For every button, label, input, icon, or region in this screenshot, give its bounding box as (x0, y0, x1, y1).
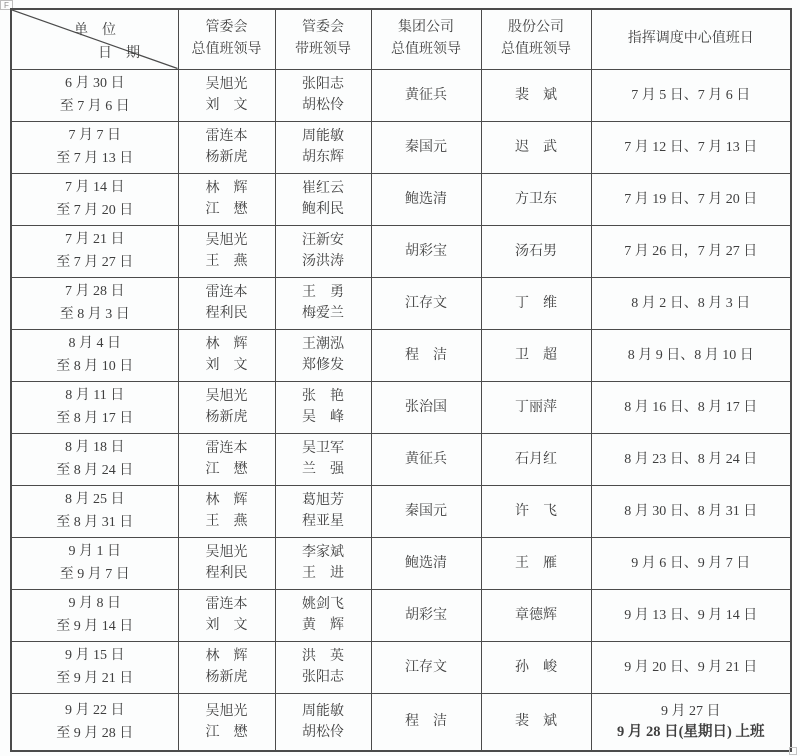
table-row: 9 月 22 日至 9 月 28 日吴旭光江 懋周能敏胡松伶程 洁裴 斌9 月 … (11, 693, 791, 751)
table-row: 7 月 7 日至 7 月 13 日雷连本杨新虎周能敏胡东辉秦国元迟 武7 月 1… (11, 121, 791, 173)
cell-line: 林 辉 (179, 490, 275, 511)
cell-line: 姚剑飞 (276, 594, 371, 615)
cell-line: 刘 文 (179, 615, 275, 636)
header-line: 集团公司 (372, 17, 481, 39)
cell-line: 方卫东 (482, 189, 591, 210)
cell-line: 7 月 12 日、7 月 13 日 (592, 137, 791, 158)
page: F 单 位 日 期 管委会 总值班领导 管委会 (0, 0, 800, 756)
cell-dispatch-days: 8 月 16 日、8 月 17 日 (591, 381, 791, 433)
header-line: 管委会 (276, 17, 371, 39)
cell-gwh-general-leaders: 林 辉江 懋 (178, 173, 275, 225)
cell-line: 至 7 月 13 日 (12, 147, 178, 170)
cell-line: 8 月 23 日、8 月 24 日 (592, 449, 791, 470)
cell-line: 秦国元 (372, 137, 481, 158)
cell-line: 至 8 月 10 日 (12, 355, 178, 378)
cell-line: 9 月 20 日、9 月 21 日 (592, 657, 791, 678)
cell-line: 8 月 16 日、8 月 17 日 (592, 397, 791, 418)
cell-dates: 8 月 18 日至 8 月 24 日 (11, 433, 178, 485)
cell-line: 郑修发 (276, 355, 371, 376)
table-row: 8 月 18 日至 8 月 24 日雷连本江 懋吴卫军兰 强黄征兵石月红8 月 … (11, 433, 791, 485)
header-gwh-duty-leader: 管委会 带班领导 (275, 9, 371, 69)
cell-line: 张阳志 (276, 667, 371, 688)
cell-line: 江存文 (372, 657, 481, 678)
cell-group-general-leader: 江存文 (371, 277, 481, 329)
cell-line: 吴旭光 (179, 74, 275, 95)
cell-line: 崔红云 (276, 178, 371, 199)
cell-gwh-duty-leaders: 周能敏胡松伶 (275, 693, 371, 751)
cell-stock-general-leader: 迟 武 (481, 121, 591, 173)
cell-group-general-leader: 张治国 (371, 381, 481, 433)
cell-line: 裴 斌 (482, 711, 591, 732)
cell-group-general-leader: 黄征兵 (371, 433, 481, 485)
cell-gwh-general-leaders: 吴旭光程利民 (178, 537, 275, 589)
cell-dates: 9 月 22 日至 9 月 28 日 (11, 693, 178, 751)
table-row: 7 月 21 日至 7 月 27 日吴旭光王 燕汪新安汤洪涛胡彩宝汤石男7 月 … (11, 225, 791, 277)
cell-gwh-general-leaders: 雷连本刘 文 (178, 589, 275, 641)
table-row: 7 月 14 日至 7 月 20 日林 辉江 懋崔红云鲍利民鲍选清方卫东7 月 … (11, 173, 791, 225)
cell-line: 卫 超 (482, 345, 591, 366)
schedule-rows: 6 月 30 日至 7 月 6 日吴旭光刘 文张阳志胡松伶黄征兵裴 斌7 月 5… (11, 69, 791, 751)
cell-dates: 6 月 30 日至 7 月 6 日 (11, 69, 178, 121)
cell-gwh-general-leaders: 吴旭光刘 文 (178, 69, 275, 121)
cell-line: 王 勇 (276, 282, 371, 303)
cell-gwh-general-leaders: 林 辉刘 文 (178, 329, 275, 381)
cell-group-general-leader: 程 洁 (371, 693, 481, 751)
cell-dates: 7 月 14 日至 7 月 20 日 (11, 173, 178, 225)
cell-stock-general-leader: 王 雁 (481, 537, 591, 589)
cell-gwh-duty-leaders: 张 艳吴 峰 (275, 381, 371, 433)
cell-line: 7 月 28 日 (12, 280, 178, 303)
table-row: 8 月 25 日至 8 月 31 日林 辉王 燕葛旭芳程亚星秦国元许 飞8 月 … (11, 485, 791, 537)
cell-stock-general-leader: 卫 超 (481, 329, 591, 381)
cell-line: 吴旭光 (179, 230, 275, 251)
cell-line: 7 月 14 日 (12, 176, 178, 199)
cell-line: 吴 峰 (276, 407, 371, 428)
cell-line: 9 月 28 日(星期日) 上班 (592, 722, 791, 743)
cell-line: 王 进 (276, 563, 371, 584)
header-stock-general-leader: 股份公司 总值班领导 (481, 9, 591, 69)
cell-dispatch-days: 9 月 13 日、9 月 14 日 (591, 589, 791, 641)
table-row: 9 月 8 日至 9 月 14 日雷连本刘 文姚剑飞黄 辉胡彩宝章德辉9 月 1… (11, 589, 791, 641)
cell-line: 胡彩宝 (372, 241, 481, 262)
cell-line: 李家斌 (276, 542, 371, 563)
cell-line: 8 月 30 日、8 月 31 日 (592, 501, 791, 522)
cell-line: 胡松伶 (276, 722, 371, 743)
cell-line: 葛旭芳 (276, 490, 371, 511)
cell-gwh-general-leaders: 雷连本江 懋 (178, 433, 275, 485)
table-row: 8 月 4 日至 8 月 10 日林 辉刘 文王潮泓郑修发程 洁卫 超8 月 9… (11, 329, 791, 381)
cell-stock-general-leader: 许 飞 (481, 485, 591, 537)
cell-line: 7 月 21 日 (12, 228, 178, 251)
table-row: 6 月 30 日至 7 月 6 日吴旭光刘 文张阳志胡松伶黄征兵裴 斌7 月 5… (11, 69, 791, 121)
cell-line: 吴旭光 (179, 701, 275, 722)
cell-line: 7 月 7 日 (12, 124, 178, 147)
cell-dispatch-days: 7 月 12 日、7 月 13 日 (591, 121, 791, 173)
table-row: 9 月 15 日至 9 月 21 日林 辉杨新虎洪 英张阳志江存文孙 峻9 月 … (11, 641, 791, 693)
header-line: 管委会 (179, 17, 275, 39)
cell-line: 杨新虎 (179, 407, 275, 428)
header-line: 带班领导 (276, 39, 371, 61)
cell-line: 雷连本 (179, 126, 275, 147)
cell-line: 裴 斌 (482, 85, 591, 106)
cell-line: 林 辉 (179, 178, 275, 199)
cell-dates: 9 月 1 日至 9 月 7 日 (11, 537, 178, 589)
cell-line: 8 月 2 日、8 月 3 日 (592, 293, 791, 314)
header-line: 总值班领导 (482, 39, 591, 61)
cell-line: 至 8 月 24 日 (12, 459, 178, 482)
bookmark-marker-bottom-right (789, 747, 797, 755)
cell-line: 吴旭光 (179, 542, 275, 563)
cell-line: 至 9 月 7 日 (12, 563, 178, 586)
cell-gwh-general-leaders: 雷连本杨新虎 (178, 121, 275, 173)
cell-line: 张治国 (372, 397, 481, 418)
cell-line: 杨新虎 (179, 667, 275, 688)
cell-line: 程 洁 (372, 711, 481, 732)
cell-line: 鲍选清 (372, 189, 481, 210)
cell-dates: 9 月 15 日至 9 月 21 日 (11, 641, 178, 693)
cell-dispatch-days: 8 月 30 日、8 月 31 日 (591, 485, 791, 537)
cell-line: 张 艳 (276, 386, 371, 407)
cell-line: 9 月 1 日 (12, 540, 178, 563)
cell-line: 程利民 (179, 303, 275, 324)
cell-line: 章德辉 (482, 605, 591, 626)
cell-gwh-duty-leaders: 葛旭芳程亚星 (275, 485, 371, 537)
header-line: 指挥调度中心值班日 (592, 28, 791, 50)
cell-line: 吴旭光 (179, 386, 275, 407)
table-row: 7 月 28 日至 8 月 3 日雷连本程利民王 勇梅爱兰江存文丁 维8 月 2… (11, 277, 791, 329)
cell-gwh-general-leaders: 吴旭光王 燕 (178, 225, 275, 277)
cell-line: 江 懋 (179, 722, 275, 743)
cell-gwh-duty-leaders: 洪 英张阳志 (275, 641, 371, 693)
cell-line: 7 月 19 日、7 月 20 日 (592, 189, 791, 210)
cell-gwh-duty-leaders: 李家斌王 进 (275, 537, 371, 589)
cell-line: 7 月 26 日，7 月 27 日 (592, 241, 791, 262)
cell-line: 至 9 月 28 日 (12, 722, 178, 745)
cell-line: 江存文 (372, 293, 481, 314)
cell-line: 周能敏 (276, 126, 371, 147)
cell-line: 丁 维 (482, 293, 591, 314)
cell-line: 兰 强 (276, 459, 371, 480)
cell-stock-general-leader: 裴 斌 (481, 693, 591, 751)
cell-line: 王 燕 (179, 511, 275, 532)
cell-line: 至 9 月 21 日 (12, 667, 178, 690)
cell-line: 鲍选清 (372, 553, 481, 574)
cell-line: 梅爱兰 (276, 303, 371, 324)
cell-line: 石月红 (482, 449, 591, 470)
cell-line: 林 辉 (179, 334, 275, 355)
cell-group-general-leader: 秦国元 (371, 121, 481, 173)
cell-stock-general-leader: 孙 峻 (481, 641, 591, 693)
cell-stock-general-leader: 汤石男 (481, 225, 591, 277)
cell-group-general-leader: 秦国元 (371, 485, 481, 537)
cell-dispatch-days: 8 月 9 日、8 月 10 日 (591, 329, 791, 381)
table-row: 8 月 11 日至 8 月 17 日吴旭光杨新虎张 艳吴 峰张治国丁丽萍8 月 … (11, 381, 791, 433)
table-row: 9 月 1 日至 9 月 7 日吴旭光程利民李家斌王 进鲍选清王 雁9 月 6 … (11, 537, 791, 589)
cell-gwh-duty-leaders: 姚剑飞黄 辉 (275, 589, 371, 641)
cell-line: 雷连本 (179, 594, 275, 615)
corner-date-label: 日 期 (98, 42, 140, 62)
cell-stock-general-leader: 石月红 (481, 433, 591, 485)
header-gwh-general-leader: 管委会 总值班领导 (178, 9, 275, 69)
cell-line: 程亚星 (276, 511, 371, 532)
cell-gwh-general-leaders: 林 辉杨新虎 (178, 641, 275, 693)
cell-gwh-duty-leaders: 王 勇梅爱兰 (275, 277, 371, 329)
header-line: 总值班领导 (372, 39, 481, 61)
cell-line: 迟 武 (482, 137, 591, 158)
cell-dispatch-days: 7 月 26 日，7 月 27 日 (591, 225, 791, 277)
cell-line: 刘 文 (179, 355, 275, 376)
header-dispatch-center-duty-day: 指挥调度中心值班日 (591, 9, 791, 69)
cell-dates: 8 月 11 日至 8 月 17 日 (11, 381, 178, 433)
cell-group-general-leader: 黄征兵 (371, 69, 481, 121)
cell-line: 汤洪涛 (276, 251, 371, 272)
cell-gwh-duty-leaders: 崔红云鲍利民 (275, 173, 371, 225)
cell-line: 9 月 6 日、9 月 7 日 (592, 553, 791, 574)
duty-schedule-table: 单 位 日 期 管委会 总值班领导 管委会 带班领导 集团公司 总值班领导 股份… (10, 8, 792, 752)
cell-line: 胡东辉 (276, 147, 371, 168)
cell-gwh-duty-leaders: 张阳志胡松伶 (275, 69, 371, 121)
header-line: 股份公司 (482, 17, 591, 39)
cell-line: 江 懋 (179, 199, 275, 220)
cell-line: 林 辉 (179, 646, 275, 667)
cell-line: 至 8 月 31 日 (12, 511, 178, 534)
cell-gwh-duty-leaders: 汪新安汤洪涛 (275, 225, 371, 277)
cell-dispatch-days: 9 月 20 日、9 月 21 日 (591, 641, 791, 693)
header-line: 总值班领导 (179, 39, 275, 61)
cell-line: 9 月 15 日 (12, 644, 178, 667)
cell-group-general-leader: 鲍选清 (371, 173, 481, 225)
cell-line: 程 洁 (372, 345, 481, 366)
cell-line: 黄 辉 (276, 615, 371, 636)
cell-line: 至 7 月 6 日 (12, 95, 178, 118)
cell-stock-general-leader: 丁 维 (481, 277, 591, 329)
cell-group-general-leader: 江存文 (371, 641, 481, 693)
cell-group-general-leader: 鲍选清 (371, 537, 481, 589)
cell-gwh-general-leaders: 林 辉王 燕 (178, 485, 275, 537)
cell-line: 9 月 13 日、9 月 14 日 (592, 605, 791, 626)
cell-group-general-leader: 程 洁 (371, 329, 481, 381)
cell-line: 鲍利民 (276, 199, 371, 220)
cell-line: 至 8 月 17 日 (12, 407, 178, 430)
cell-line: 至 9 月 14 日 (12, 615, 178, 638)
cell-line: 雷连本 (179, 438, 275, 459)
cell-line: 孙 峻 (482, 657, 591, 678)
cell-group-general-leader: 胡彩宝 (371, 225, 481, 277)
cell-line: 黄征兵 (372, 449, 481, 470)
cell-line: 至 7 月 27 日 (12, 251, 178, 274)
cell-stock-general-leader: 裴 斌 (481, 69, 591, 121)
cell-line: 9 月 22 日 (12, 699, 178, 722)
cell-line: 7 月 5 日、7 月 6 日 (592, 85, 791, 106)
cell-line: 周能敏 (276, 701, 371, 722)
cell-line: 洪 英 (276, 646, 371, 667)
cell-line: 张阳志 (276, 74, 371, 95)
cell-dispatch-days: 9 月 27 日9 月 28 日(星期日) 上班 (591, 693, 791, 751)
cell-gwh-duty-leaders: 周能敏胡东辉 (275, 121, 371, 173)
cell-line: 6 月 30 日 (12, 72, 178, 95)
cell-dates: 9 月 8 日至 9 月 14 日 (11, 589, 178, 641)
cell-line: 王 燕 (179, 251, 275, 272)
corner-header-cell: 单 位 日 期 (11, 9, 178, 69)
cell-dispatch-days: 8 月 23 日、8 月 24 日 (591, 433, 791, 485)
cell-line: 秦国元 (372, 501, 481, 522)
cell-line: 汤石男 (482, 241, 591, 262)
cell-dates: 7 月 28 日至 8 月 3 日 (11, 277, 178, 329)
cell-stock-general-leader: 章德辉 (481, 589, 591, 641)
cell-line: 8 月 25 日 (12, 488, 178, 511)
cell-dispatch-days: 7 月 19 日、7 月 20 日 (591, 173, 791, 225)
cell-line: 杨新虎 (179, 147, 275, 168)
cell-line: 丁丽萍 (482, 397, 591, 418)
cell-line: 江 懋 (179, 459, 275, 480)
cell-line: 王潮泓 (276, 334, 371, 355)
header-group-general-leader: 集团公司 总值班领导 (371, 9, 481, 69)
cell-line: 8 月 11 日 (12, 384, 178, 407)
cell-line: 8 月 4 日 (12, 332, 178, 355)
cell-dispatch-days: 8 月 2 日、8 月 3 日 (591, 277, 791, 329)
cell-line: 胡彩宝 (372, 605, 481, 626)
cell-dates: 8 月 4 日至 8 月 10 日 (11, 329, 178, 381)
cell-line: 9 月 8 日 (12, 592, 178, 615)
cell-line: 汪新安 (276, 230, 371, 251)
cell-line: 8 月 9 日、8 月 10 日 (592, 345, 791, 366)
cell-line: 吴卫军 (276, 438, 371, 459)
cell-stock-general-leader: 丁丽萍 (481, 381, 591, 433)
cell-line: 王 雁 (482, 553, 591, 574)
cell-line: 9 月 27 日 (592, 701, 791, 722)
header-row: 单 位 日 期 管委会 总值班领导 管委会 带班领导 集团公司 总值班领导 股份… (11, 9, 791, 69)
cell-line: 雷连本 (179, 282, 275, 303)
cell-line: 程利民 (179, 563, 275, 584)
cell-dispatch-days: 7 月 5 日、7 月 6 日 (591, 69, 791, 121)
cell-dates: 7 月 21 日至 7 月 27 日 (11, 225, 178, 277)
cell-dates: 7 月 7 日至 7 月 13 日 (11, 121, 178, 173)
cell-line: 刘 文 (179, 95, 275, 116)
cell-line: 胡松伶 (276, 95, 371, 116)
cell-gwh-general-leaders: 雷连本程利民 (178, 277, 275, 329)
cell-line: 至 7 月 20 日 (12, 199, 178, 222)
cell-gwh-general-leaders: 吴旭光杨新虎 (178, 381, 275, 433)
corner-unit-label: 单 位 (74, 19, 116, 39)
cell-line: 8 月 18 日 (12, 436, 178, 459)
cell-dispatch-days: 9 月 6 日、9 月 7 日 (591, 537, 791, 589)
cell-line: 黄征兵 (372, 85, 481, 106)
cell-stock-general-leader: 方卫东 (481, 173, 591, 225)
cell-dates: 8 月 25 日至 8 月 31 日 (11, 485, 178, 537)
cell-line: 许 飞 (482, 501, 591, 522)
cell-gwh-general-leaders: 吴旭光江 懋 (178, 693, 275, 751)
cell-line: 至 8 月 3 日 (12, 303, 178, 326)
cell-gwh-duty-leaders: 吴卫军兰 强 (275, 433, 371, 485)
cell-group-general-leader: 胡彩宝 (371, 589, 481, 641)
cell-gwh-duty-leaders: 王潮泓郑修发 (275, 329, 371, 381)
